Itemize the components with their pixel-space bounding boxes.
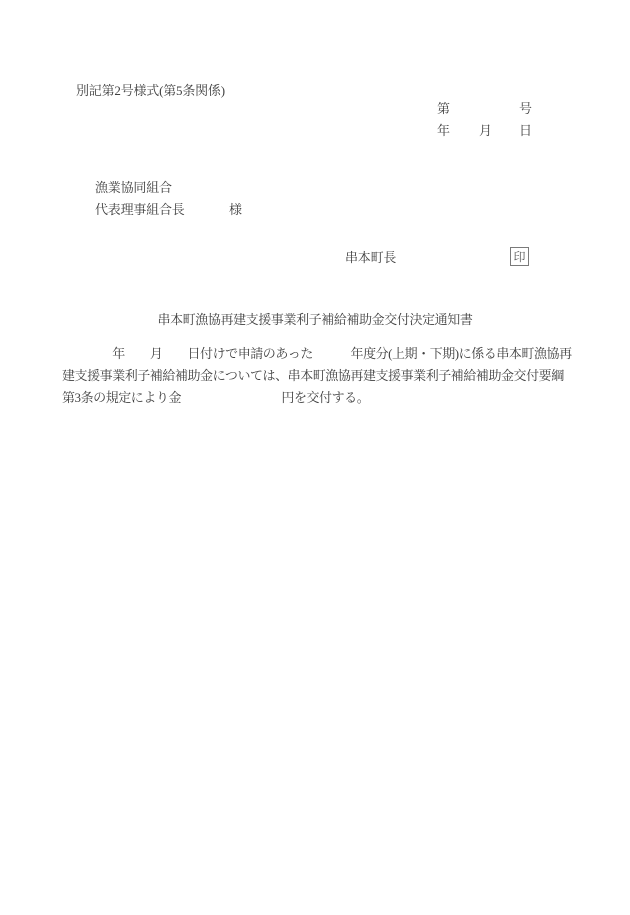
seal-label: 印 [513,248,525,265]
document-page: 別記第2号様式(第5条関係) 第 号 年 月 日 漁業協同組合 代表理事組合長 … [0,0,630,915]
recipient-organization: 漁業協同組合 [95,181,172,196]
date-day-label: 日 [519,124,532,139]
recipient-title: 代表理事組合長 [95,203,185,218]
seal-stamp-placeholder: 印 [510,247,529,266]
doc-number-prefix: 第 [437,102,450,117]
recipient-honorific: 様 [229,203,242,218]
body-paragraph-line-3: 第3条の規定により金 円を交付する。 [62,391,582,406]
date-month-label: 月 [479,124,492,139]
body-paragraph-line-1: 年 月 日付けで申請のあった 年度分(上期・下期)に係る串本町漁協再 [62,347,582,362]
sender-name: 串本町長 [345,251,396,266]
doc-number-suffix: 号 [519,102,532,117]
document-title: 串本町漁協再建支援事業利子補給補助金交付決定通知書 [0,309,630,328]
body-paragraph-line-2: 建支援事業利子補給補助金については、串本町漁協再建支援事業利子補給補助金交付要綱 [62,369,582,384]
form-style-note: 別記第2号様式(第5条関係) [76,84,225,99]
date-year-label: 年 [437,124,450,139]
